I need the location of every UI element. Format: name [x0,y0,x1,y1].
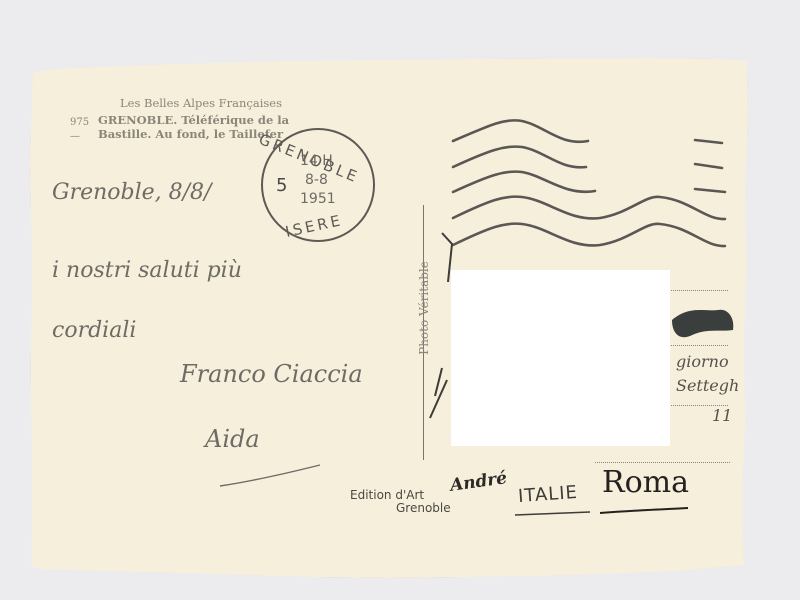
publisher-imprint: Edition d'Art Grenoble [350,489,451,515]
ink-blot-icon [672,310,733,337]
message-place-date: Grenoble, 8/8/ [52,180,211,205]
postmark-date: 8-8 [305,172,328,188]
postmark-side-digit: 5 [276,175,287,196]
postmark-time: 14 H [300,153,333,169]
message-line2: cordiali [52,318,136,343]
cancellation-waves-icon [453,120,725,246]
address-partial-line1: giorno [676,352,729,371]
address-city: Roma [602,465,689,500]
message-line1: i nostri saluti più [52,258,242,283]
address-partial-line2: Settegh [676,376,739,395]
redacted-area [451,270,670,446]
address-country: ITALIE [517,482,578,507]
photo-veritable-label: Photo Véritable [417,238,433,378]
ink-stroke-icon [430,233,452,418]
signature-aida: Aida [205,425,260,453]
postmark-year: 1951 [300,191,336,207]
signature-franco: Franco Ciaccia [180,360,363,388]
address-line [595,462,730,463]
address-partial-line3: 11 [712,406,732,425]
publisher-line2: Grenoble [350,502,451,515]
